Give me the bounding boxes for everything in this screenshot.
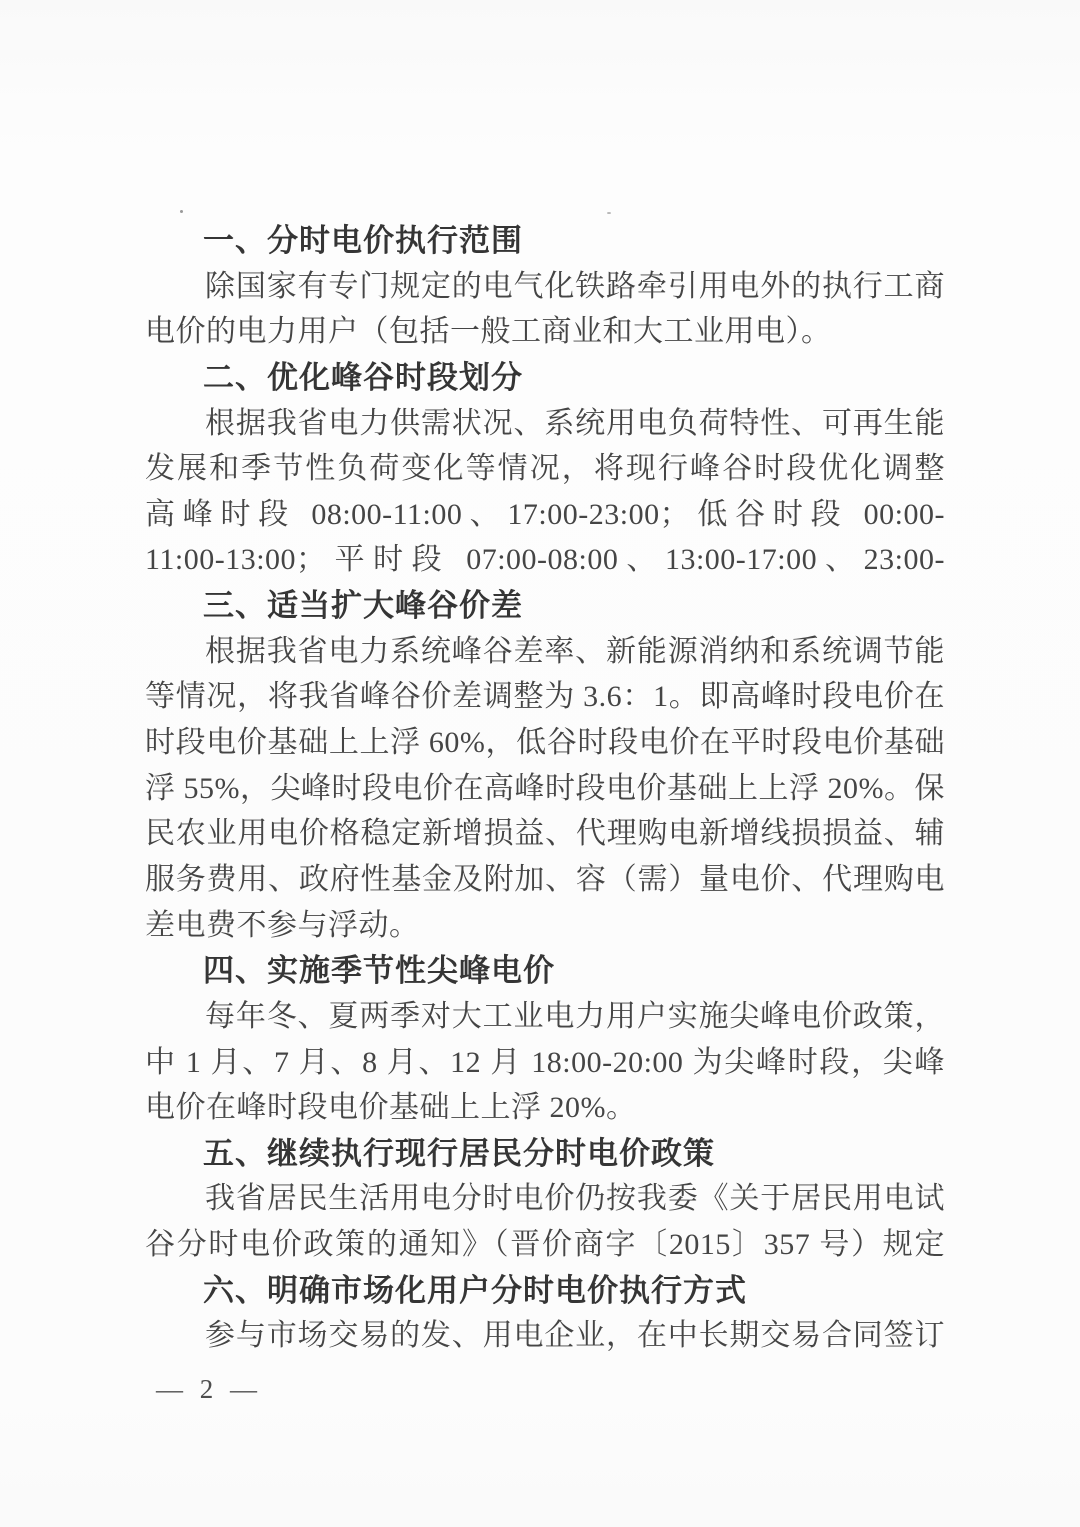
body-line: 11:00-13:00；平时段 07:00-08:00、13:00-17:00、… <box>145 537 945 583</box>
body-line: 谷分时电价政策的通知》（晋价商字〔2015〕357 号）规定执行。 <box>145 1222 945 1268</box>
body-line: 除国家有专门规定的电气化铁路牵引用电外的执行工商业 <box>145 264 945 310</box>
body-line: 每年冬、夏两季对大工业电力用户实施尖峰电价政策，其 <box>145 994 945 1040</box>
body-line: 等情况，将我省峰谷价差调整为 3.6：1。即高峰时段电价在平 <box>145 674 945 720</box>
document-body: 一、分时电价执行范围 除国家有专门规定的电气化铁路牵引用电外的执行工商业 电价的… <box>145 218 945 1359</box>
page-number: — 2 — <box>156 1369 262 1409</box>
body-line: 差电费不参与浮动。 <box>145 903 945 949</box>
body-line: 中 1 月、7 月、8 月、12 月 18:00-20:00 为尖峰时段，尖峰时… <box>145 1040 945 1086</box>
body-line: 根据我省电力系统峰谷差率、新能源消纳和系统调节能力 <box>145 629 945 675</box>
section-1-heading: 一、分时电价执行范围 <box>145 218 945 264</box>
section-6-heading: 六、明确市场化用户分时电价执行方式 <box>145 1268 945 1314</box>
section-4-heading: 四、实施季节性尖峰电价 <box>145 948 945 994</box>
scanned-document-page: 一、分时电价执行范围 除国家有专门规定的电气化铁路牵引用电外的执行工商业 电价的… <box>0 0 1080 1527</box>
body-line: 高峰时段 08:00-11:00、17:00-23:00；低谷时段 00:00-… <box>145 492 945 538</box>
section-2-heading: 二、优化峰谷时段划分 <box>145 355 945 401</box>
body-line: 电价的电力用户（包括一般工商业和大工业用电）。 <box>145 309 945 355</box>
body-line: 参与市场交易的发、用电企业，在中长期交易合同签订时， <box>145 1313 945 1359</box>
body-line: 我省居民生活用电分时电价仍按我委《关于居民用电试行峰 <box>145 1176 945 1222</box>
body-line: 电价在峰时段电价基础上上浮 20%。 <box>145 1085 945 1131</box>
body-line: 时段电价基础上上浮 60%，低谷时段电价在平时段电价基础上下 <box>145 720 945 766</box>
body-line: 服务费用、政府性基金及附加、容（需）量电价、代理购电偏 <box>145 857 945 903</box>
scan-speck <box>607 212 611 214</box>
body-line: 民农业用电价格稳定新增损益、代理购电新增线损损益、辅助 <box>145 811 945 857</box>
section-3-heading: 三、适当扩大峰谷价差 <box>145 583 945 629</box>
scan-speck <box>180 210 183 213</box>
body-line: 浮 55%，尖峰时段电价在高峰时段电价基础上上浮 20%。保障居 <box>145 766 945 812</box>
body-line: 发展和季节性负荷变化等情况，将现行峰谷时段优化调整为： <box>145 446 945 492</box>
section-5-heading: 五、继续执行现行居民分时电价政策 <box>145 1131 945 1177</box>
body-line: 根据我省电力供需状况、系统用电负荷特性、可再生能源 <box>145 401 945 447</box>
